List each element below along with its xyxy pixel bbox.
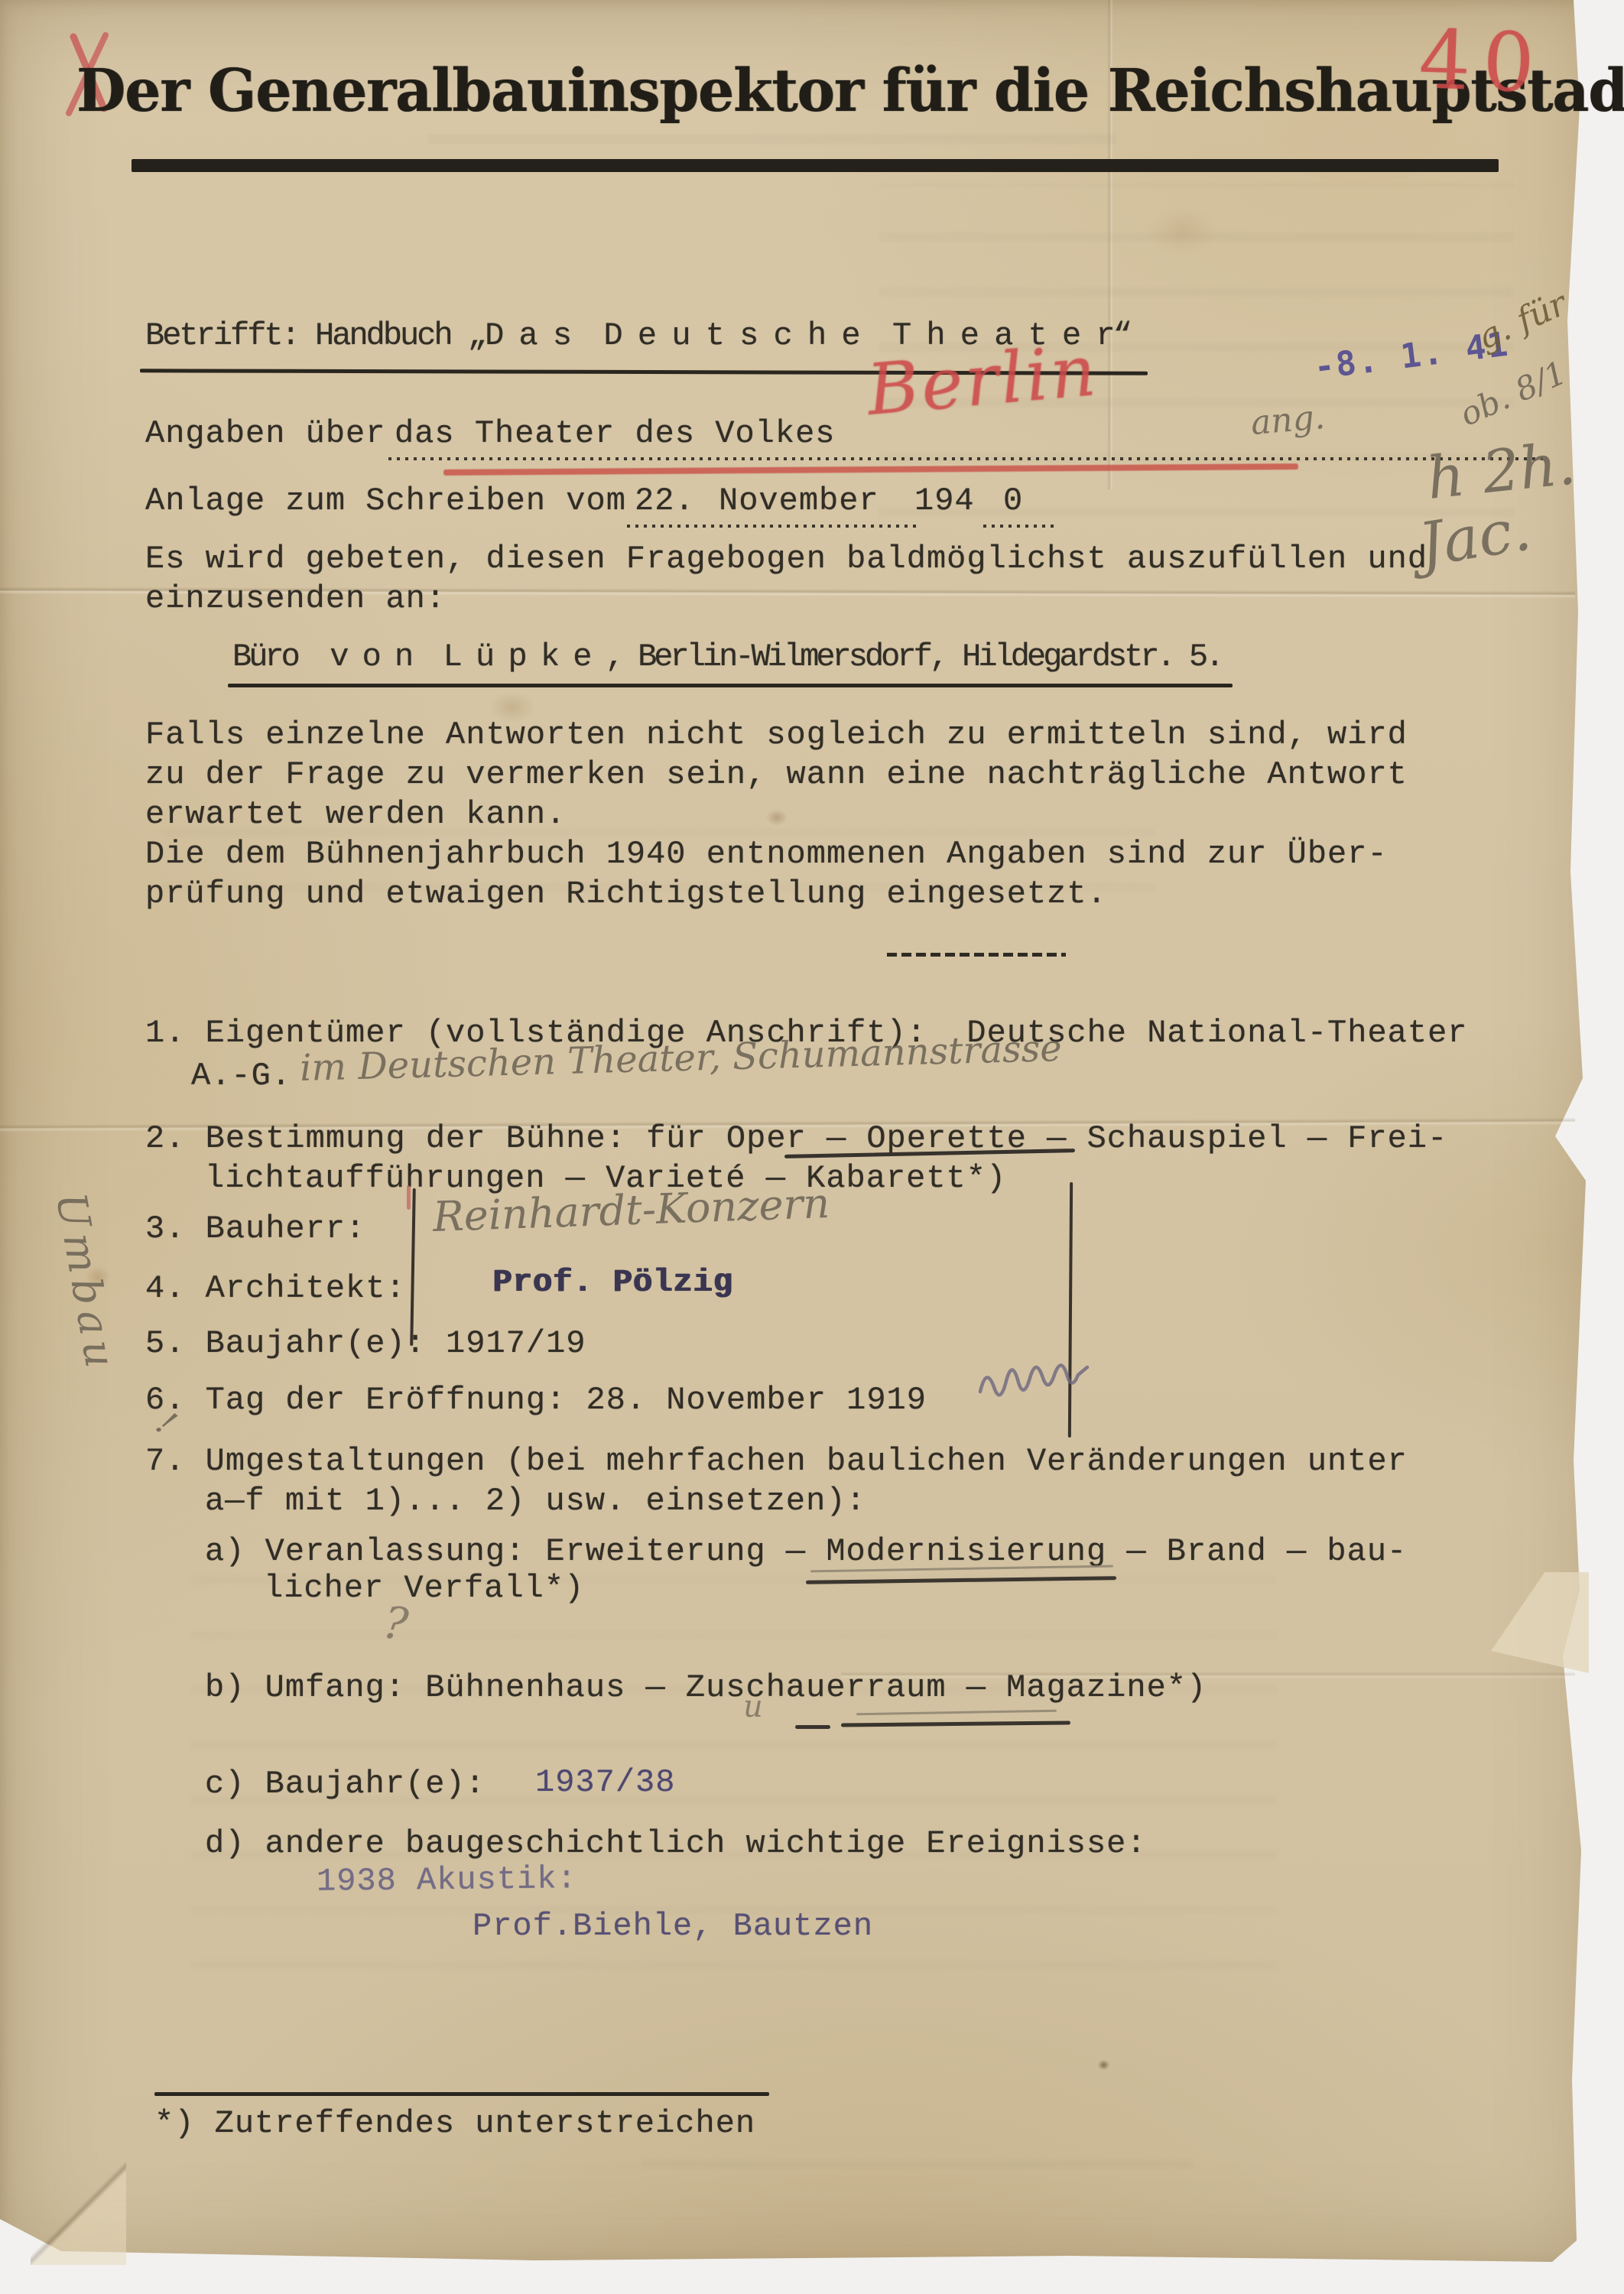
item-2-line-1: 2. Bestimmung der Bühne: für Oper — Oper… bbox=[145, 1123, 1447, 1155]
item-7d-note-1: 1938 Akustik: bbox=[317, 1863, 577, 1898]
bracket-left-red-tick bbox=[407, 1185, 411, 1210]
letterhead-rule bbox=[132, 159, 1499, 172]
request-line-1: Es wird gebeten, diesen Fragebogen baldm… bbox=[145, 543, 1427, 575]
pencil-note-h: h 2h. bbox=[1424, 434, 1578, 508]
enclosure-label: Anlage zum Schreiben vom bbox=[145, 485, 626, 517]
enclosure-dotted-line-2 bbox=[983, 525, 1058, 528]
item-7-line-1: 7. Umgestaltungen (bei mehrfachen baulic… bbox=[145, 1445, 1408, 1477]
item-1-line-2: A.-G. bbox=[191, 1060, 291, 1092]
scanned-document: Der Generalbauinspektor für die Reichsha… bbox=[0, 0, 1624, 2294]
note1-line-3: erwartet werden kann. bbox=[145, 798, 566, 830]
pencil-scribble bbox=[976, 1360, 1151, 1405]
item-7c-value: 1937/38 bbox=[535, 1766, 675, 1798]
red-page-number: 40 bbox=[1418, 19, 1548, 105]
item-7d-note-2: Prof.Biehle, Bautzen bbox=[473, 1910, 873, 1942]
enclosure-month: November bbox=[719, 485, 879, 517]
about-dotted-line bbox=[388, 457, 1543, 460]
note1-line-2: zu der Frage zu vermerken sein, wann ein… bbox=[145, 759, 1408, 791]
red-handwriting-berlin: Berlin bbox=[865, 336, 1101, 426]
about-value: das Theater des Volkes bbox=[395, 418, 836, 450]
enclosure-dotted-line bbox=[627, 525, 918, 528]
item-7d-line: d) andere baugeschichtlich wichtige Erei… bbox=[205, 1828, 1147, 1860]
note1-line-1: Falls einzelne Antworten nicht sogleich … bbox=[145, 719, 1408, 751]
item-7c-label: c) Baujahr(e): bbox=[205, 1768, 486, 1800]
about-label: Angaben über bbox=[145, 418, 385, 450]
item-4-label: 4. Architekt: bbox=[145, 1272, 406, 1305]
item-7a-line-2: licher Verfall*) bbox=[264, 1572, 584, 1604]
note2-line-2: prüfung und etwaigen Richtigstellung ein… bbox=[145, 878, 1107, 910]
zuschauerraum-underline-dash bbox=[795, 1725, 830, 1729]
footnote-text: *) Zutreffendes unterstreichen bbox=[154, 2107, 755, 2140]
enclosure-day: 22. bbox=[635, 485, 695, 517]
enclosure-year-digit: 0 bbox=[1003, 485, 1023, 517]
address-underline bbox=[228, 684, 1233, 687]
item-7b-line: b) Umfang: Bühnenhaus — Zuschauerraum — … bbox=[205, 1672, 1207, 1704]
item-5-line: 5. Baujahr(e): 1917/19 bbox=[145, 1327, 586, 1360]
pencil-initials-jac: Jac. bbox=[1415, 499, 1535, 576]
enclosure-year: 194 bbox=[914, 485, 975, 517]
item-3-label: 3. Bauherr: bbox=[145, 1213, 365, 1245]
item-7a-line-1: a) Veranlassung: Erweiterung — Modernisi… bbox=[205, 1535, 1407, 1568]
note2-line-1: Die dem Bühnenjahrbuch 1940 entnommenen … bbox=[145, 838, 1388, 870]
item-6-line: 6. Tag der Eröffnung: 28. November 1919 bbox=[145, 1384, 927, 1416]
address-line: Büro v o n L ü p k e , Berlin-Wilmersdor… bbox=[232, 641, 1221, 673]
item-7-line-2: a—f mit 1)... 2) usw. einsetzen): bbox=[205, 1485, 866, 1517]
pencil-ang: ang. bbox=[1249, 401, 1326, 440]
dashed-divider bbox=[887, 953, 1066, 957]
footnote-rule bbox=[154, 2092, 769, 2096]
request-line-2: einzusenden an: bbox=[145, 583, 446, 615]
letterhead-title: Der Generalbauinspektor für die Reichsha… bbox=[76, 62, 1624, 121]
pencil-u-mark: u bbox=[743, 1691, 763, 1722]
item-4-value: Prof. Pölzig bbox=[492, 1266, 732, 1298]
dog-ear-fold bbox=[31, 2162, 126, 2265]
